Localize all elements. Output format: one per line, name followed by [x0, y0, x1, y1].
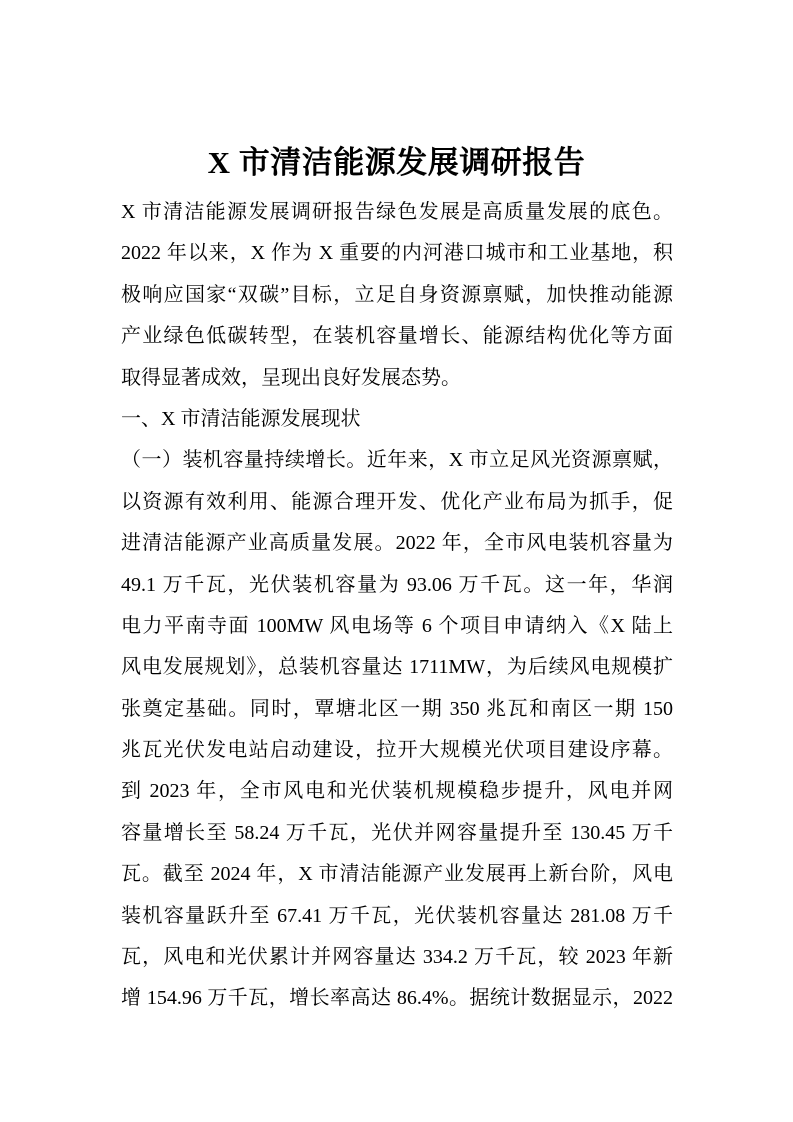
text-line: 取得显著成效，呈现出良好发展态势。: [121, 358, 673, 399]
text-line: 2022 年以来，X 作为 X 重要的内河港口城市和工业基地，积: [121, 233, 673, 274]
text-line: 49.1 万千瓦，光伏装机容量为 93.06 万千瓦。这一年，华润: [121, 565, 673, 606]
document-body: X 市清洁能源发展调研报告绿色发展是高质量发展的底色。2022 年以来，X 作为…: [121, 192, 673, 1020]
text-line: 电力平南寺面 100MW 风电场等 6 个项目申请纳入《X 陆上: [121, 606, 673, 647]
text-line: 以资源有效利用、能源合理开发、优化产业布局为抓手，促: [121, 482, 673, 523]
text-line: 兆瓦光伏发电站启动建设，拉开大规模光伏项目建设序幕。: [121, 730, 673, 771]
text-line: 风电发展规划》，总装机容量达 1711MW，为后续风电规模扩: [121, 647, 673, 688]
text-line: 极响应国家“双碳”目标，立足自身资源禀赋，加快推动能源: [121, 275, 673, 316]
text-line: （一）装机容量持续增长。近年来，X 市立足风光资源禀赋，: [121, 440, 673, 481]
document-page: X 市清洁能源发展调研报告 X 市清洁能源发展调研报告绿色发展是高质量发展的底色…: [0, 0, 793, 1122]
text-line: 瓦，风电和光伏累计并网容量达 334.2 万千瓦，较 2023 年新: [121, 937, 673, 978]
text-line: 到 2023 年，全市风电和光伏装机规模稳步提升，风电并网: [121, 771, 673, 812]
text-line: 容量增长至 58.24 万千瓦，光伏并网容量提升至 130.45 万千: [121, 813, 673, 854]
text-line: 产业绿色低碳转型，在装机容量增长、能源结构优化等方面: [121, 316, 673, 357]
document-title: X 市清洁能源发展调研报告: [0, 143, 793, 183]
text-line: 一、X 市清洁能源发展现状: [121, 399, 673, 440]
text-line: 张奠定基础。同时，覃塘北区一期 350 兆瓦和南区一期 150: [121, 689, 673, 730]
text-line: X 市清洁能源发展调研报告绿色发展是高质量发展的底色。: [121, 192, 673, 233]
text-line: 增 154.96 万千瓦，增长率高达 86.4%。据统计数据显示，2022: [121, 978, 673, 1019]
text-line: 进清洁能源产业高质量发展。2022 年，全市风电装机容量为: [121, 523, 673, 564]
text-line: 装机容量跃升至 67.41 万千瓦，光伏装机容量达 281.08 万千: [121, 896, 673, 937]
text-line: 瓦。截至 2024 年，X 市清洁能源产业发展再上新台阶，风电: [121, 854, 673, 895]
